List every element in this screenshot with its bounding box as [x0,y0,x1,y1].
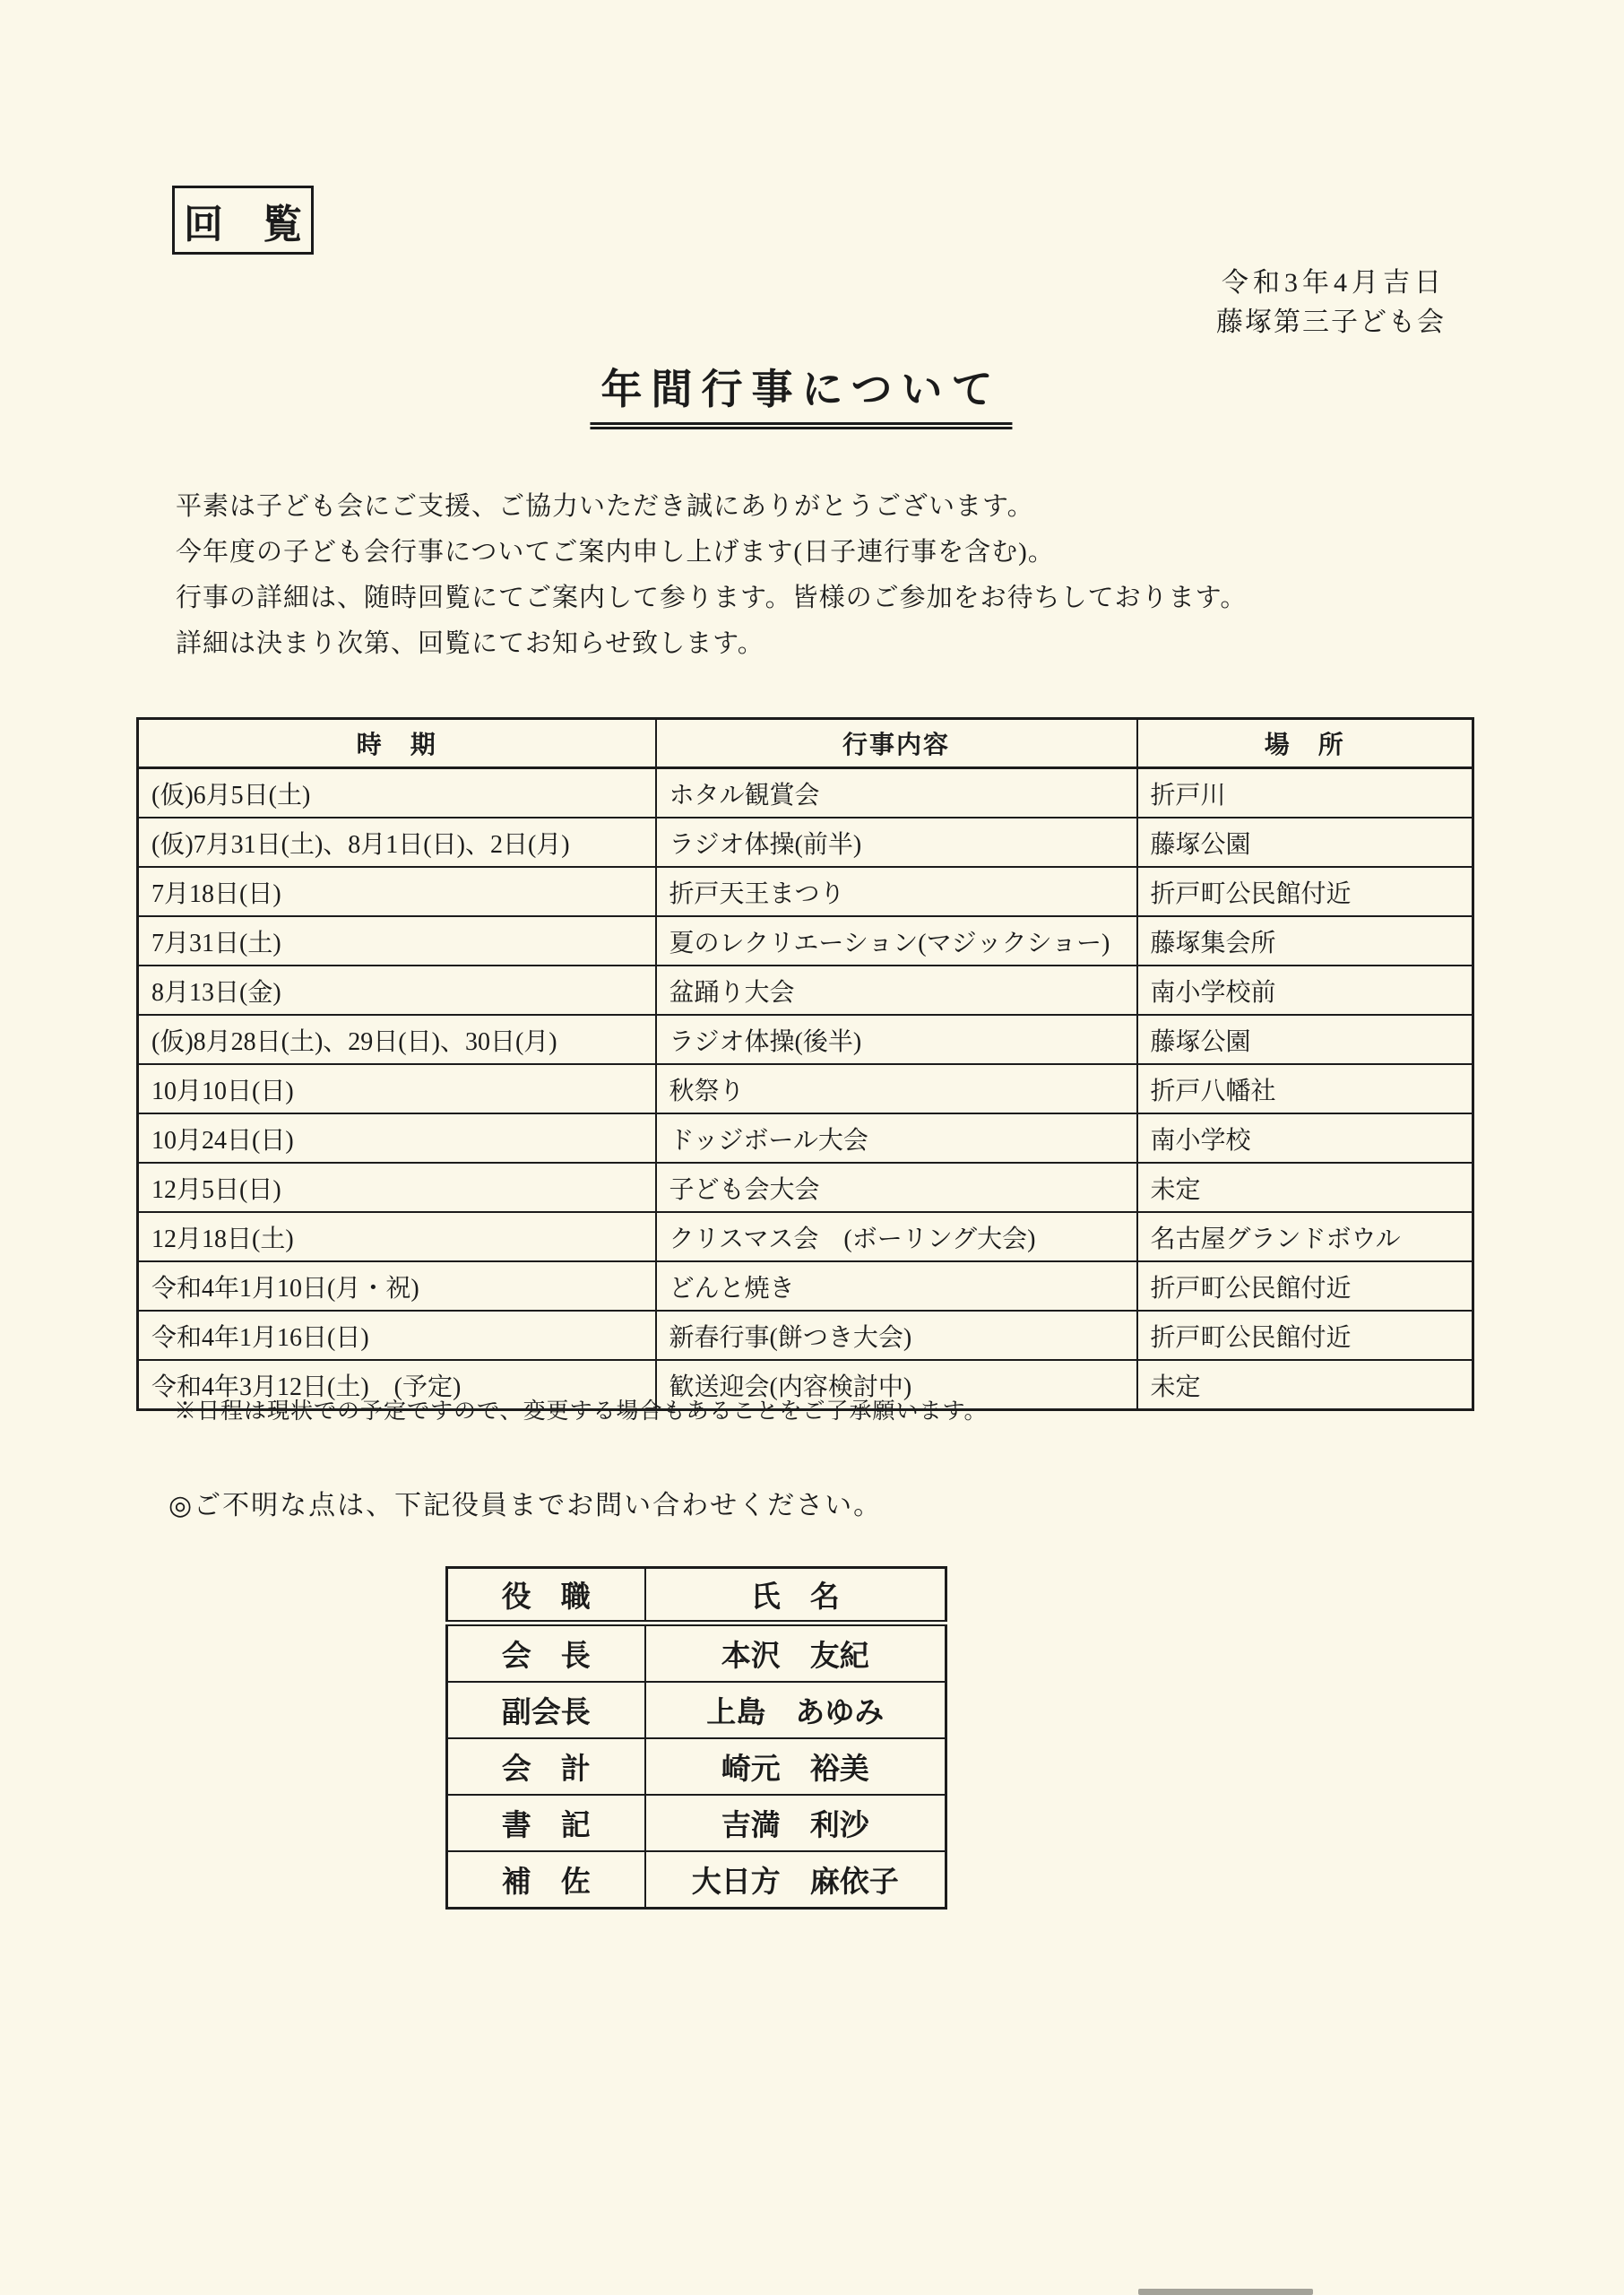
table-row: 会 計崎元 裕美 [447,1738,946,1795]
table-cell: 子ども会大会 [656,1163,1137,1212]
table-row: (仮)8月28日(土)、29日(日)、30日(月)ラジオ体操(後半)藤塚公園 [138,1015,1473,1064]
table-cell: 南小学校前 [1137,966,1473,1015]
officers-table-body: 会 長本沢 友紀副会長上島 あゆみ会 計崎元 裕美書 記吉満 利沙補 佐大日方 … [447,1624,946,1909]
table-cell: (仮)7月31日(土)、8月1日(日)、2日(月) [138,818,656,867]
page-title: 年間行事について [590,357,1012,429]
table-cell: 新春行事(餅つき大会) [656,1311,1137,1360]
table-cell: ラジオ体操(後半) [656,1015,1137,1064]
header-row: 時 期 行事内容 場 所 [138,719,1473,768]
table-cell: 折戸天王まつり [656,867,1137,916]
schedule-note: ※日程は現状での予定ですので、変更する場合もあることをご了承願います。 [174,1393,988,1425]
header-row: 役 職 氏 名 [447,1568,946,1624]
table-cell: どんと焼き [656,1261,1137,1311]
table-cell: 藤塚集会所 [1137,916,1473,966]
table-cell: 8月13日(金) [138,966,656,1015]
table-row: 8月13日(金)盆踊り大会南小学校前 [138,966,1473,1015]
intro-line: 今年度の子ども会行事についてご案内申し上げます(日子連行事を含む)。 [176,530,1247,576]
table-cell: 書 記 [447,1795,645,1851]
table-cell: 未定 [1137,1163,1473,1212]
table-cell: 大日方 麻依子 [645,1851,946,1909]
table-cell: 12月5日(日) [138,1163,656,1212]
intro-line: 平素は子ども会にご支援、ご協力いただき誠にありがとうございます。 [176,484,1247,530]
table-cell: 折戸町公民館付近 [1137,1261,1473,1311]
table-cell: 折戸八幡社 [1137,1064,1473,1113]
table-cell: 会 長 [447,1624,645,1683]
table-cell: 10月10日(日) [138,1064,656,1113]
events-table-body: (仮)6月5日(土)ホタル観賞会折戸川(仮)7月31日(土)、8月1日(日)、2… [138,768,1473,1410]
column-header-place: 場 所 [1137,719,1473,768]
table-row: 補 佐大日方 麻依子 [447,1851,946,1909]
table-cell: 名古屋グランドボウル [1137,1212,1473,1261]
table-row: (仮)7月31日(土)、8月1日(日)、2日(月)ラジオ体操(前半)藤塚公園 [138,818,1473,867]
table-cell: 12月18日(土) [138,1212,656,1261]
table-row: 令和4年1月10日(月・祝)どんと焼き折戸町公民館付近 [138,1261,1473,1311]
intro-paragraph: 平素は子ども会にご支援、ご協力いただき誠にありがとうございます。今年度の子ども会… [176,484,1247,667]
table-cell: 夏のレクリエーション(マジックショー) [656,916,1137,966]
events-table-header: 時 期 行事内容 場 所 [138,719,1473,768]
intro-line: 行事の詳細は、随時回覧にてご案内して参ります。皆様のご参加をお待ちしております。 [176,576,1247,621]
table-row: 10月24日(日)ドッジボール大会南小学校 [138,1113,1473,1163]
kairan-stamp: 回 覧 [172,186,314,255]
table-cell: ドッジボール大会 [656,1113,1137,1163]
contact-note: ◎ご不明な点は、下記役員までお問い合わせください。 [168,1483,882,1522]
table-row: 会 長本沢 友紀 [447,1624,946,1683]
table-row: 7月18日(日)折戸天王まつり折戸町公民館付近 [138,867,1473,916]
officers-table-header: 役 職 氏 名 [447,1568,946,1624]
scanned-notice-page: 回 覧 令和3年4月吉日 藤塚第三子ども会 年間行事について 平素は子ども会にご… [0,0,1624,2295]
table-cell: ホタル観賞会 [656,768,1137,818]
table-cell: 会 計 [447,1738,645,1795]
organization-name: 藤塚第三子ども会 [1216,303,1446,342]
table-cell: 盆踊り大会 [656,966,1137,1015]
table-cell: (仮)6月5日(土) [138,768,656,818]
officers-table: 役 職 氏 名 会 長本沢 友紀副会長上島 あゆみ会 計崎元 裕美書 記吉満 利… [445,1566,947,1910]
table-cell: (仮)8月28日(土)、29日(日)、30日(月) [138,1015,656,1064]
table-cell: 副会長 [447,1682,645,1738]
table-cell: 10月24日(日) [138,1113,656,1163]
table-cell: 7月18日(日) [138,867,656,916]
column-header-name: 氏 名 [645,1568,946,1624]
column-header-event: 行事内容 [656,719,1137,768]
issue-date: 令和3年4月吉日 [1216,264,1446,303]
table-cell: 南小学校 [1137,1113,1473,1163]
table-cell: 上島 あゆみ [645,1682,946,1738]
table-cell: 折戸町公民館付近 [1137,1311,1473,1360]
table-row: 書 記吉満 利沙 [447,1795,946,1851]
table-cell: 本沢 友紀 [645,1624,946,1683]
table-cell: 7月31日(土) [138,916,656,966]
table-row: 12月5日(日)子ども会大会未定 [138,1163,1473,1212]
column-header-role: 役 職 [447,1568,645,1624]
table-cell: 吉満 利沙 [645,1795,946,1851]
table-cell: 令和4年1月16日(日) [138,1311,656,1360]
table-cell: 藤塚公園 [1137,818,1473,867]
table-row: 10月10日(日)秋祭り折戸八幡社 [138,1064,1473,1113]
table-row: 7月31日(土)夏のレクリエーション(マジックショー)藤塚集会所 [138,916,1473,966]
table-cell: クリスマス会 (ボーリング大会) [656,1212,1137,1261]
table-cell: 藤塚公園 [1137,1015,1473,1064]
issuer-block: 令和3年4月吉日 藤塚第三子ども会 [1216,264,1446,342]
events-table: 時 期 行事内容 場 所 (仮)6月5日(土)ホタル観賞会折戸川(仮)7月31日… [136,717,1474,1411]
intro-line: 詳細は決まり次第、回覧にてお知らせ致します。 [176,621,1247,667]
table-cell: 令和4年1月10日(月・祝) [138,1261,656,1311]
table-cell: ラジオ体操(前半) [656,818,1137,867]
column-header-time: 時 期 [138,719,656,768]
table-cell: 秋祭り [656,1064,1137,1113]
table-cell: 折戸町公民館付近 [1137,867,1473,916]
table-cell: 未定 [1137,1360,1473,1410]
table-cell: 折戸川 [1137,768,1473,818]
table-row: 令和4年1月16日(日)新春行事(餅つき大会)折戸町公民館付近 [138,1311,1473,1360]
table-row: (仮)6月5日(土)ホタル観賞会折戸川 [138,768,1473,818]
scan-edge-artifact [1138,2289,1313,2295]
table-cell: 崎元 裕美 [645,1738,946,1795]
table-row: 12月18日(土)クリスマス会 (ボーリング大会)名古屋グランドボウル [138,1212,1473,1261]
table-cell: 補 佐 [447,1851,645,1909]
table-row: 副会長上島 あゆみ [447,1682,946,1738]
